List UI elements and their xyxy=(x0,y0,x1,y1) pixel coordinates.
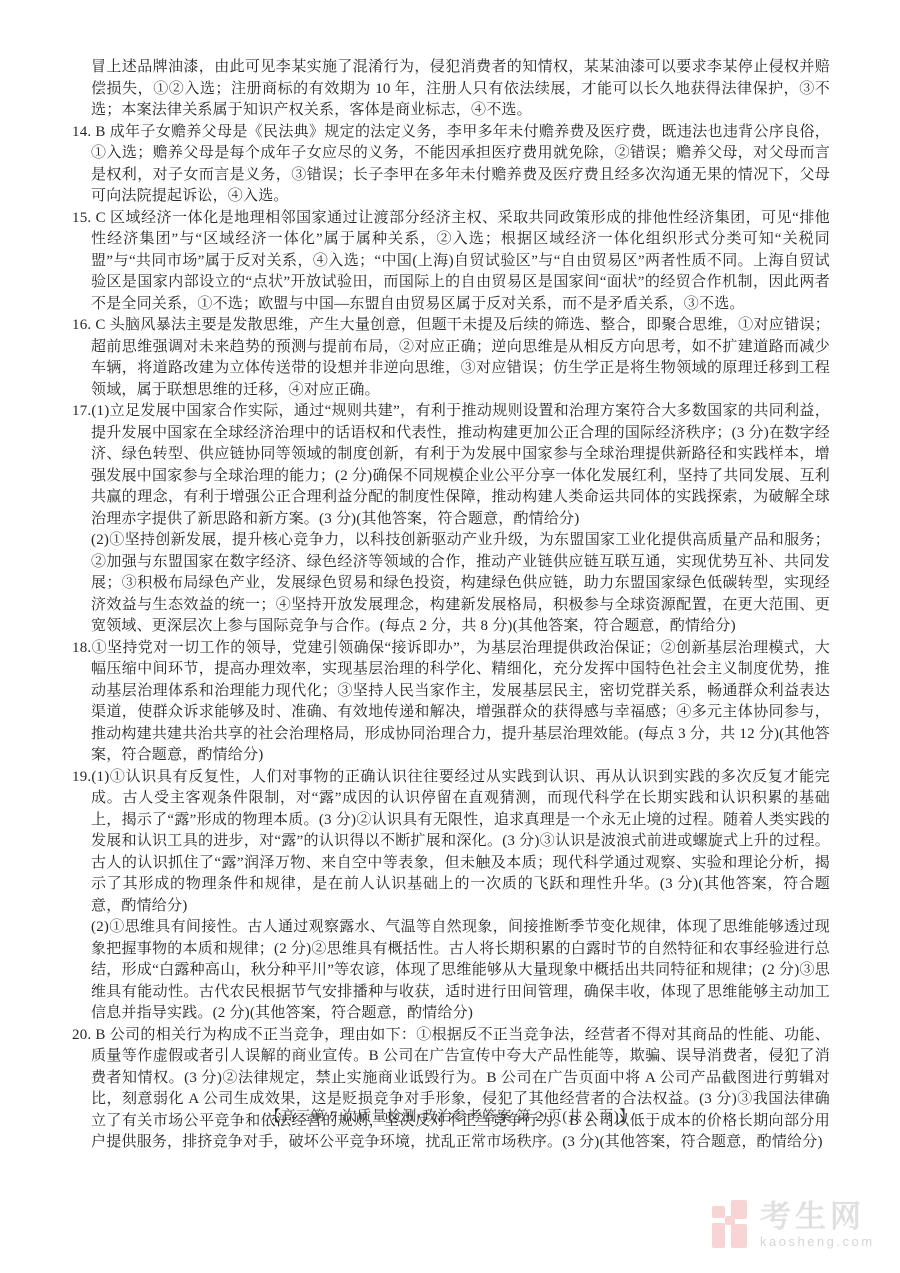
kaosheng-watermark: 考生网 kaosheng.com xyxy=(712,1200,882,1260)
page-footer: 【高三第 7 次质量检测·政治参考答案 第 2 页(共 2 页)】 xyxy=(0,1105,900,1126)
answer-paragraph-13-continuation: 冒上述品牌油漆，由此可见李某实施了混淆行为，侵犯消费者的知情权，某某油漆可以要求… xyxy=(72,57,830,122)
answer-paragraph-15: 15. C 区域经济一体化是地理相邻国家通过让渡部分经济主权、采取共同政策形成的… xyxy=(72,208,830,316)
answer-paragraph-19-part2: (2)①思维具有间接性。古人通过观察露水、气温等自然现象，间接推断季节变化规律，… xyxy=(72,917,830,1025)
kaosheng-logo-icon xyxy=(712,1200,750,1248)
answer-paragraph-16: 16. C 头脑风暴法主要是发散思维，产生大量创意，但题干未提及后续的筛选、整合… xyxy=(72,315,830,401)
watermark-site-domain: kaosheng.com xyxy=(760,1234,875,1249)
answer-paragraph-20: 20. B 公司的相关行为构成不正当竞争，理由如下：①根据反不正当竞争法，经营者… xyxy=(72,1025,830,1154)
watermark-site-name: 考生网 xyxy=(760,1200,875,1234)
answer-paragraph-17-part2: (2)①坚持创新发展，提升核心竞争力，以科技创新驱动产业升级，为东盟国家工业化提… xyxy=(72,530,830,638)
answer-paragraph-14: 14. B 成年子女赡养父母是《民法典》规定的法定义务，李甲多年未付赡养费及医疗… xyxy=(72,122,830,208)
answer-sheet-page: 冒上述品牌油漆，由此可见李某实施了混淆行为，侵犯消费者的知情权，某某油漆可以要求… xyxy=(0,0,900,1273)
answers-content: 冒上述品牌油漆，由此可见李某实施了混淆行为，侵犯消费者的知情权，某某油漆可以要求… xyxy=(72,57,830,1154)
watermark-text: 考生网 kaosheng.com xyxy=(760,1200,875,1249)
answer-paragraph-17-part1: 17.(1)立足发展中国家合作实际，通过“规则共建”，有利于推动规则设置和治理方… xyxy=(72,401,830,530)
answer-paragraph-19-part1: 19.(1)①认识具有反复性，人们对事物的正确认识往往要经过从实践到认识、再从认… xyxy=(72,767,830,918)
answer-paragraph-18: 18.①坚持党对一切工作的领导，党建引领确保“接诉即办”，为基层治理提供政治保证… xyxy=(72,638,830,767)
